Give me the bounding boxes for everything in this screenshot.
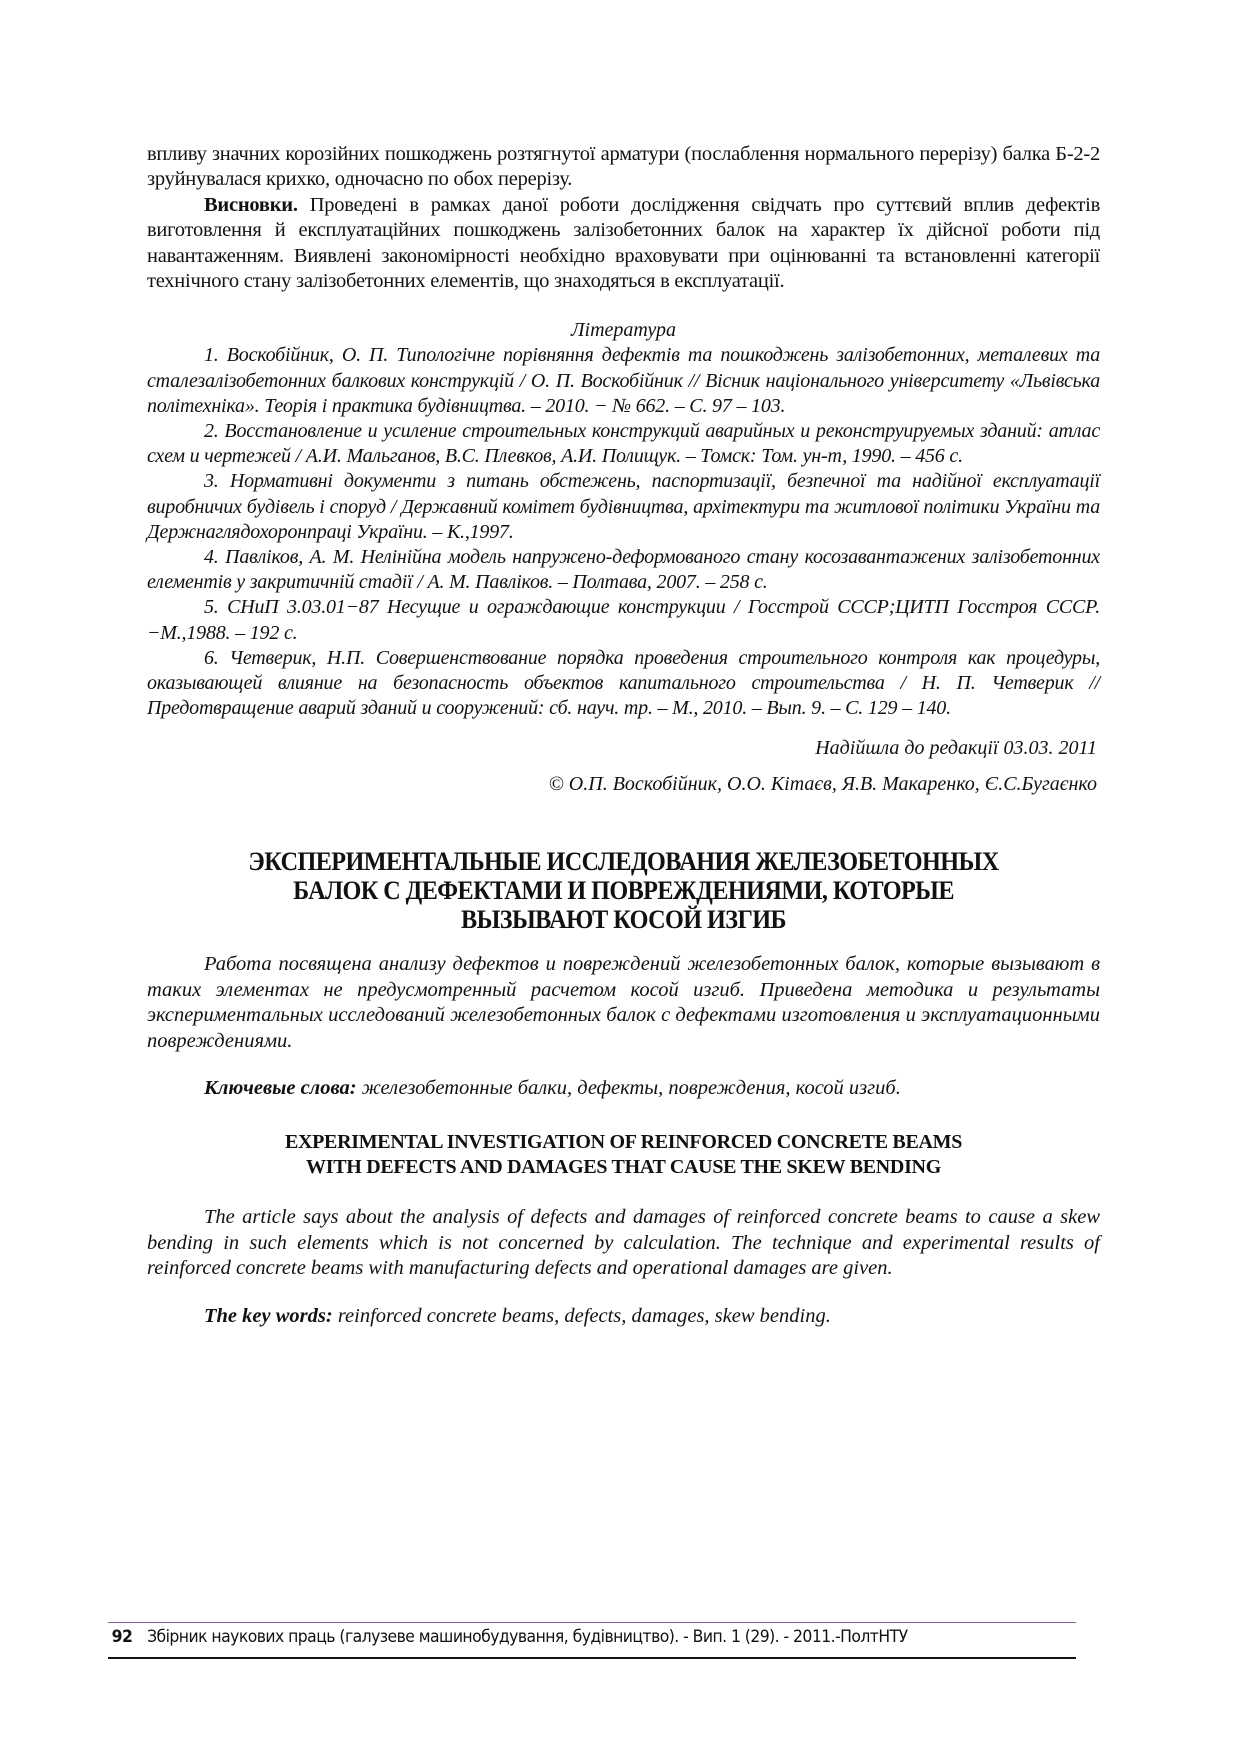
title-line: EXPERIMENTAL INVESTIGATION OF REINFORCED… xyxy=(147,1130,1100,1155)
title-line: ЭКСПЕРИМЕНТАЛЬНЫЕ ИССЛЕДОВАНИЯ ЖЕЛЕЗОБЕТ… xyxy=(180,847,1066,876)
body-paragraph: впливу значних корозійних пошкоджень роз… xyxy=(147,142,1100,193)
page-footer: 92 Збірник наукових праць (галузеве маши… xyxy=(108,1622,1076,1659)
title-line: WITH DEFECTS AND DAMAGES THAT CAUSE THE … xyxy=(147,1155,1100,1180)
article-title-ru: ЭКСПЕРИМЕНТАЛЬНЫЕ ИССЛЕДОВАНИЯ ЖЕЛЕЗОБЕТ… xyxy=(180,847,1066,934)
page-number: 92 xyxy=(112,1627,133,1647)
abstract-text: The article says about the analysis of d… xyxy=(147,1205,1100,1281)
references-list: 1. Воскобійник, О. П. Типологічне порівн… xyxy=(147,343,1100,721)
title-line: ВЫЗЫВАЮТ КОСОЙ ИЗГИБ xyxy=(180,905,1066,934)
abstract-text: Работа посвящена анализу дефектов и повр… xyxy=(147,952,1100,1054)
references-heading: Література xyxy=(147,318,1100,343)
copyright-line: © О.П. Воскобійник, О.О. Кітаєв, Я.В. Ма… xyxy=(147,772,1097,797)
keywords-ru: Ключевые слова: железобетонные балки, де… xyxy=(147,1076,1100,1101)
abstract-ru: Работа посвящена анализу дефектов и повр… xyxy=(147,952,1100,1054)
reference-item: 6. Четверик, Н.П. Совершенствование поря… xyxy=(147,646,1100,722)
title-line: БАЛОК С ДЕФЕКТАМИ И ПОВРЕЖДЕНИЯМИ, КОТОР… xyxy=(180,876,1066,905)
reference-item: 5. СНиП 3.03.01−87 Несущие и ограждающие… xyxy=(147,595,1100,645)
keywords-label: The key words: xyxy=(204,1305,333,1327)
conclusions-paragraph: Висновки. Проведені в рамках даної робот… xyxy=(147,193,1100,295)
reference-item: 3. Нормативні документи з питань обстеже… xyxy=(147,469,1100,545)
footer-divider-bottom xyxy=(108,1657,1076,1659)
reference-item: 1. Воскобійник, О. П. Типологічне порівн… xyxy=(147,343,1100,419)
article-title-en: EXPERIMENTAL INVESTIGATION OF REINFORCED… xyxy=(147,1130,1100,1180)
document-page: впливу значних корозійних пошкоджень роз… xyxy=(147,142,1100,1329)
keywords-text: reinforced concrete beams, defects, dama… xyxy=(333,1305,831,1327)
footer-line: 92 Збірник наукових праць (галузеве маши… xyxy=(108,1623,999,1657)
received-date: Надійшла до редакції 03.03. 2011 xyxy=(147,736,1097,761)
keywords-label: Ключевые слова: xyxy=(204,1077,357,1099)
journal-citation: Збірник наукових праць (галузеве машиноб… xyxy=(147,1627,907,1647)
conclusions-label: Висновки. xyxy=(204,194,298,216)
reference-item: 4. Павліков, А. М. Нелінійна модель напр… xyxy=(147,545,1100,595)
keywords-en: The key words: reinforced concrete beams… xyxy=(147,1304,1100,1329)
abstract-en: The article says about the analysis of d… xyxy=(147,1205,1100,1281)
keywords-text: железобетонные балки, дефекты, поврежден… xyxy=(357,1077,901,1099)
reference-item: 2. Восстановление и усиление строительны… xyxy=(147,419,1100,469)
body-section: впливу значних корозійних пошкоджень роз… xyxy=(147,142,1100,294)
